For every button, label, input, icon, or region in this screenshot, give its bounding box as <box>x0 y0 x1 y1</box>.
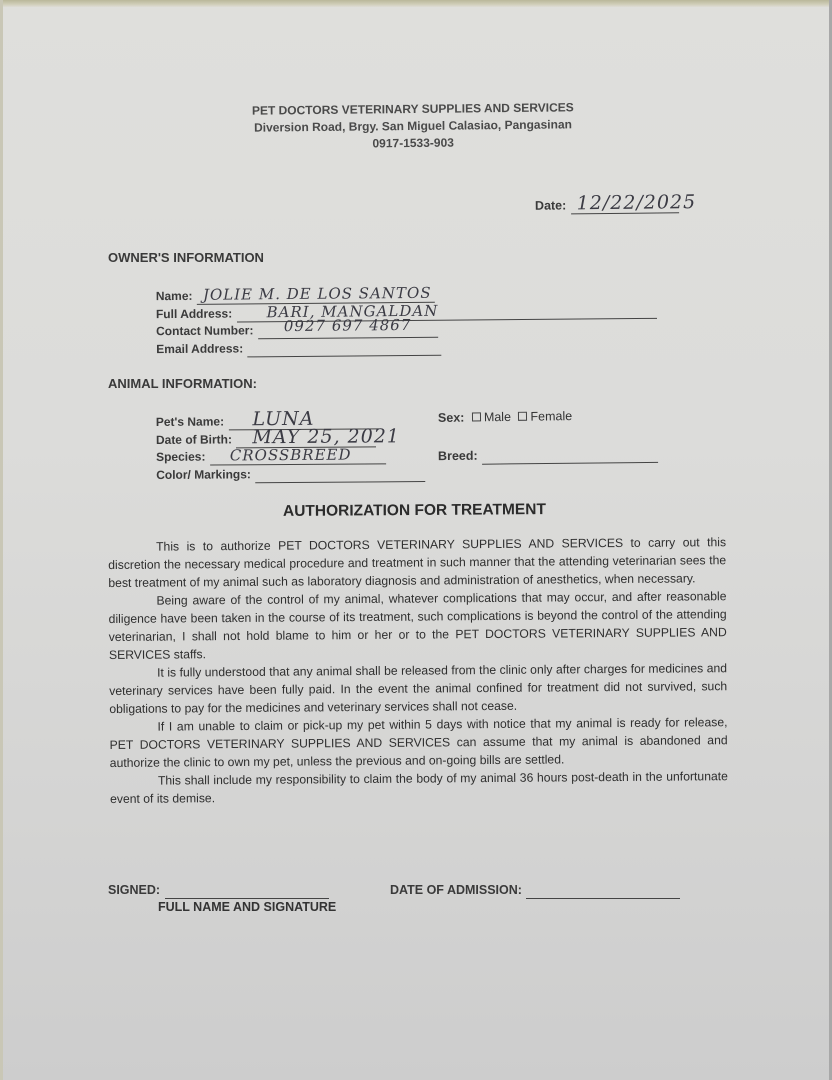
male-checkbox[interactable] <box>472 412 481 421</box>
authorization-title: AUTHORIZATION FOR TREATMENT <box>283 501 546 521</box>
authorization-paragraph: This shall include my responsibility to … <box>110 767 728 808</box>
male-option-label: Male <box>484 410 511 424</box>
authorization-paragraph: It is fully understood that any animal s… <box>109 659 727 718</box>
authorization-paragraph: Being aware of the control of my animal,… <box>108 587 727 664</box>
female-option-label: Female <box>530 409 572 424</box>
pet-color-field: Color/ Markings: <box>156 464 425 483</box>
clinic-header: PET DOCTORS VETERINARY SUPPLIES AND SERV… <box>230 99 597 154</box>
date-value: 12/22/2025 <box>577 191 697 214</box>
animal-info-title: ANIMAL INFORMATION: <box>108 376 257 391</box>
date-of-admission-input[interactable] <box>526 884 680 899</box>
owner-email-field: Email Address: <box>156 335 657 357</box>
signature-input[interactable] <box>165 884 329 899</box>
date-label: Date: <box>535 198 566 212</box>
pet-species-field: Species: CROSSBREED <box>156 446 425 465</box>
pet-color-input[interactable] <box>255 467 425 483</box>
authorization-body: This is to authorize PET DOCTORS VETERIN… <box>108 533 728 808</box>
animal-info-fields: Pet's Name: LUNA Date of Birth: MAY 25, … <box>156 411 426 483</box>
sex-field: Sex: Male Female <box>438 409 572 425</box>
breed-input[interactable] <box>482 448 658 465</box>
signature-caption: FULL NAME AND SIGNATURE <box>158 900 336 914</box>
female-checkbox[interactable] <box>518 412 527 421</box>
date-of-admission-field: DATE OF ADMISSION: <box>390 881 680 899</box>
owner-email-input[interactable] <box>248 340 442 357</box>
breed-field: Breed: <box>438 445 658 465</box>
consent-form-page: PET DOCTORS VETERINARY SUPPLIES AND SERV… <box>0 0 832 1080</box>
signed-field: SIGNED: <box>108 881 329 899</box>
pet-species-input[interactable]: CROSSBREED <box>210 449 386 465</box>
authorization-paragraph: If I am unable to claim or pick-up my pe… <box>109 713 727 772</box>
owner-info-fields: Name: JOLIE M. DE LOS SANTOS Full Addres… <box>156 283 657 357</box>
owner-contact-input[interactable]: 0927 697 4867 <box>258 323 438 340</box>
date-field: Date: 12/22/2025 <box>535 195 679 215</box>
owner-info-title: OWNER'S INFORMATION <box>108 250 264 265</box>
authorization-paragraph: This is to authorize PET DOCTORS VETERIN… <box>108 533 726 592</box>
date-input[interactable]: 12/22/2025 <box>571 198 679 214</box>
